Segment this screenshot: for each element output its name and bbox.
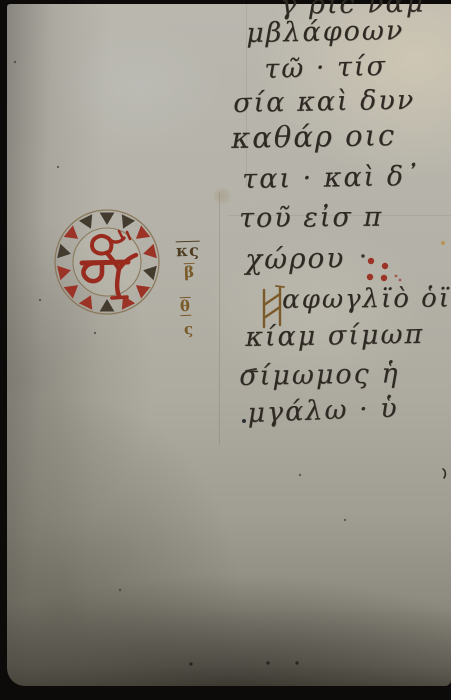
manuscript-photo-frame: γ ριϲ ναμμβλάφοωντῶ · τίσσία καὶ δυνκαθά… — [0, 0, 451, 700]
quire-note-item: κς — [176, 241, 200, 260]
quire-note-item: θ — [180, 297, 192, 316]
marginal-quire-note: κςβθς — [0, 0, 451, 700]
quire-note-item: ς — [184, 322, 195, 337]
quire-note-item: β — [184, 263, 196, 280]
